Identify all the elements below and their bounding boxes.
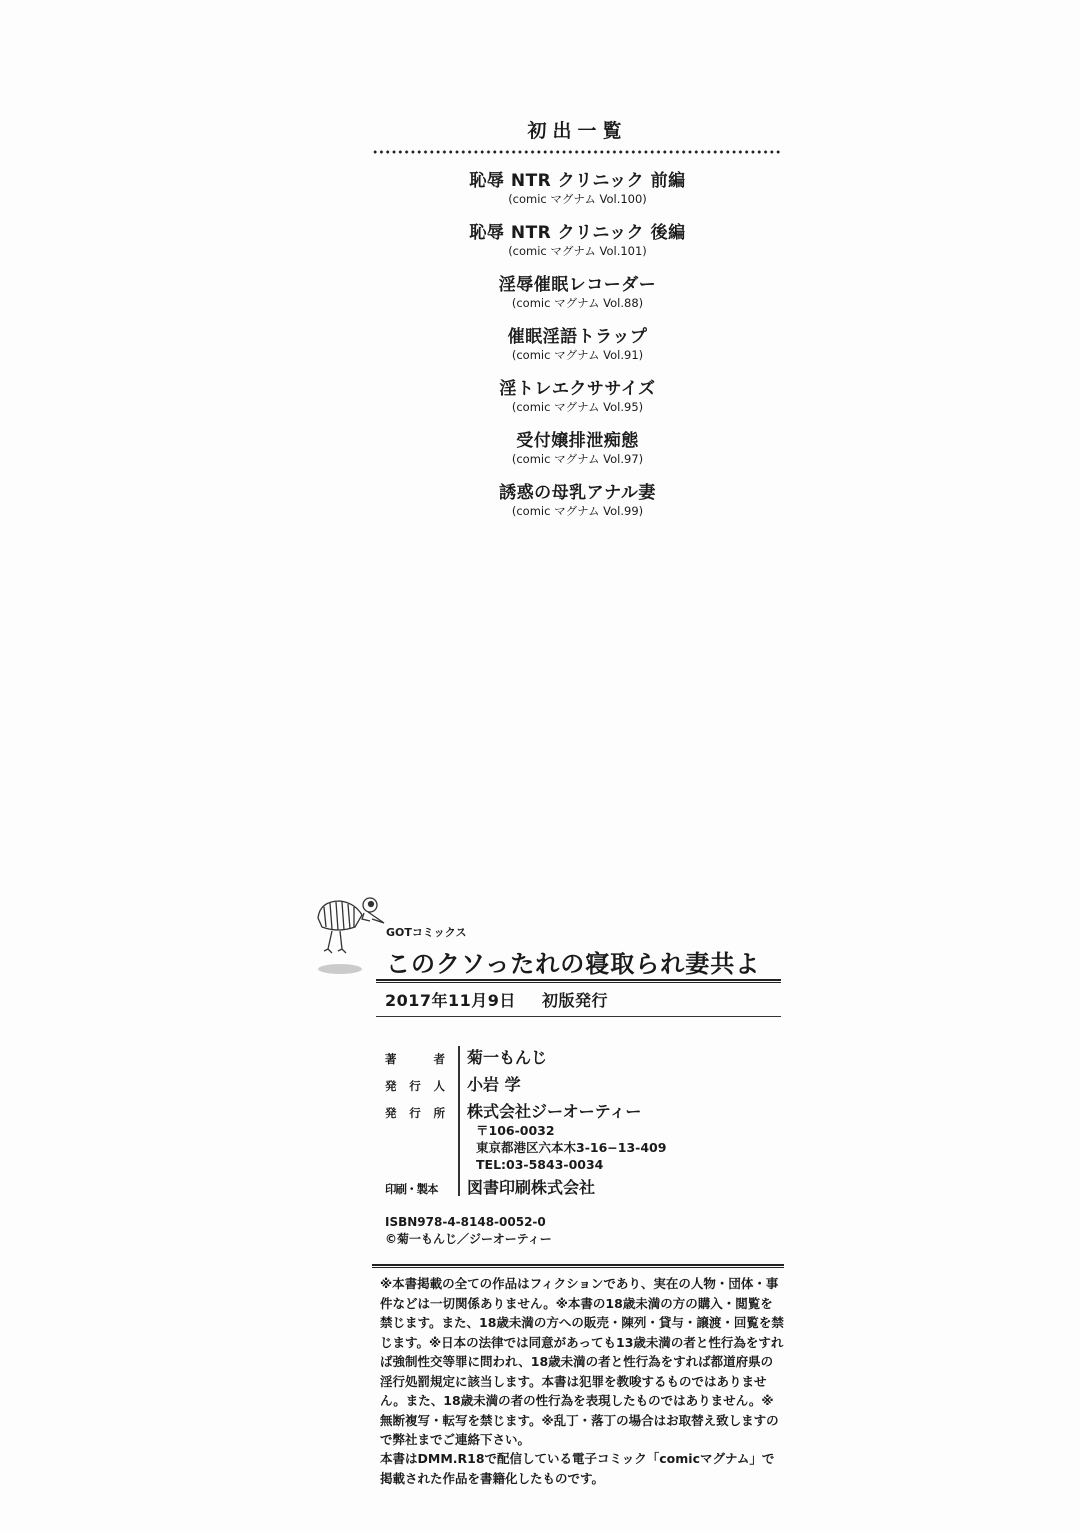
work-title: 恥辱 NTR クリニック 前編 bbox=[370, 170, 785, 192]
work-title: 淫辱催眠レコーダー bbox=[370, 274, 785, 296]
credit-value: 株式会社ジーオーティー bbox=[467, 1099, 641, 1122]
edition-label: 初版発行 bbox=[542, 991, 608, 1010]
date-rule bbox=[376, 1016, 781, 1017]
credit-label: 印刷・製本 bbox=[385, 1181, 445, 1197]
work-source: (comic マグナム Vol.95) bbox=[370, 400, 785, 414]
first-appearance-heading: 初出一覧 bbox=[370, 116, 785, 143]
bird-logo-icon bbox=[310, 893, 390, 983]
work-item: 淫トレエクササイズ (comic マグナム Vol.95) bbox=[370, 378, 785, 430]
credit-printer: 印刷・製本 図書印刷株式会社 bbox=[385, 1175, 715, 1198]
work-item: 誘惑の母乳アナル妻 (comic マグナム Vol.99) bbox=[370, 482, 785, 534]
title-rule bbox=[376, 979, 781, 983]
credit-author: 著者 菊一もんじ bbox=[385, 1045, 715, 1072]
work-title: 恥辱 NTR クリニック 後編 bbox=[370, 222, 785, 244]
postal-code: 〒106-0032 bbox=[476, 1122, 666, 1139]
works-list: 恥辱 NTR クリニック 前編 (comic マグナム Vol.100) 恥辱 … bbox=[370, 170, 785, 534]
work-title: 淫トレエクササイズ bbox=[370, 378, 785, 400]
date-value: 2017年11月9日 bbox=[385, 991, 516, 1010]
street-address: 東京都港区六本木3-16−13-409 bbox=[476, 1139, 666, 1156]
work-source: (comic マグナム Vol.100) bbox=[370, 192, 785, 206]
work-title: 受付嬢排泄痴態 bbox=[370, 430, 785, 452]
credit-label: 発行人 bbox=[385, 1078, 445, 1094]
work-source: (comic マグナム Vol.99) bbox=[370, 504, 785, 518]
work-item: 受付嬢排泄痴態 (comic マグナム Vol.97) bbox=[370, 430, 785, 482]
isbn: ISBN978-4-8148-0052-0 bbox=[385, 1214, 552, 1231]
work-item: 恥辱 NTR クリニック 前編 (comic マグナム Vol.100) bbox=[370, 170, 785, 222]
credit-value: 菊一もんじ bbox=[467, 1045, 547, 1068]
work-item: 催眠淫語トラップ (comic マグナム Vol.91) bbox=[370, 326, 785, 378]
work-source: (comic マグナム Vol.101) bbox=[370, 244, 785, 258]
imprint-label: GOTコミックス bbox=[386, 924, 467, 940]
dmm-note: 本書はDMM.R18で配信している電子コミック「comicマグナム」で掲載された… bbox=[380, 1449, 785, 1488]
credit-value: 小岩 学 bbox=[467, 1072, 521, 1095]
notice-rule bbox=[372, 1264, 784, 1268]
book-title: このクソったれの寝取られ妻共よ bbox=[386, 944, 760, 979]
publication-date: 2017年11月9日初版発行 bbox=[385, 988, 608, 1011]
credit-label: 著者 bbox=[385, 1051, 445, 1067]
credit-value: 図書印刷株式会社 bbox=[467, 1175, 595, 1198]
work-item: 淫辱催眠レコーダー (comic マグナム Vol.88) bbox=[370, 274, 785, 326]
work-title: 誘惑の母乳アナル妻 bbox=[370, 482, 785, 504]
legal-notice: ※本書掲載の全ての作品はフィクションであり、実在の人物・団体・事件などは一切関係… bbox=[380, 1274, 785, 1450]
publisher-address: 〒106-0032 東京都港区六本木3-16−13-409 TEL:03-584… bbox=[476, 1122, 666, 1173]
copyright: ©菊一もんじ／ジーオーティー bbox=[385, 1231, 552, 1248]
telephone: TEL:03-5843-0034 bbox=[476, 1156, 666, 1173]
work-source: (comic マグナム Vol.97) bbox=[370, 452, 785, 466]
dotted-divider bbox=[372, 150, 782, 154]
credits: 著者 菊一もんじ 発行人 小岩 学 発行所 株式会社ジーオーティー bbox=[385, 1045, 715, 1126]
work-source: (comic マグナム Vol.91) bbox=[370, 348, 785, 362]
work-title: 催眠淫語トラップ bbox=[370, 326, 785, 348]
credit-publisher: 発行人 小岩 学 bbox=[385, 1072, 715, 1099]
isbn-block: ISBN978-4-8148-0052-0 ©菊一もんじ／ジーオーティー bbox=[385, 1214, 552, 1248]
work-source: (comic マグナム Vol.88) bbox=[370, 296, 785, 310]
work-item: 恥辱 NTR クリニック 後編 (comic マグナム Vol.101) bbox=[370, 222, 785, 274]
credit-label: 発行所 bbox=[385, 1105, 445, 1121]
